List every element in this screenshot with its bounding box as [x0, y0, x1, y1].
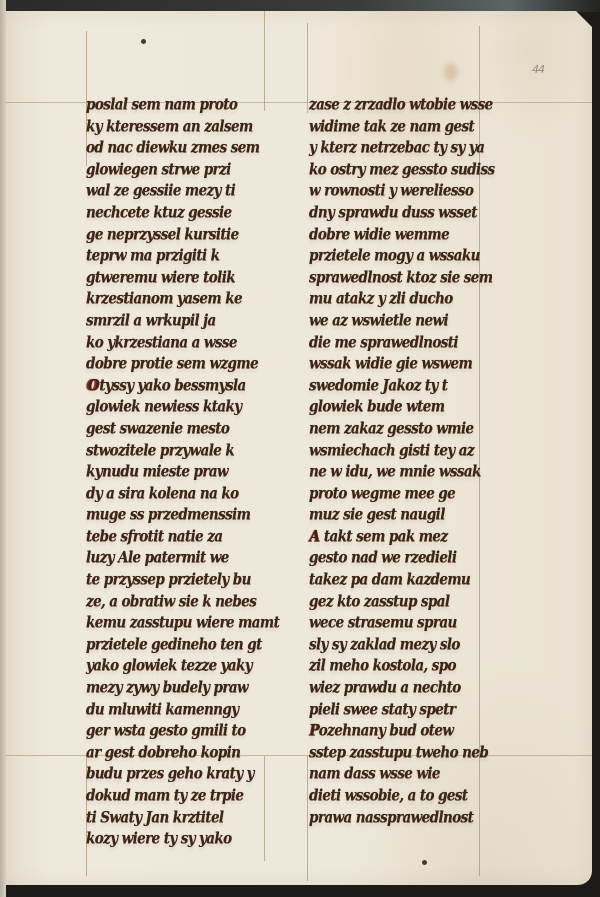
folio-number: 44	[532, 63, 544, 76]
text-line: Otyssy yako bessmysla	[88, 376, 245, 394]
ink-spot	[422, 860, 427, 865]
scan-background-top	[0, 0, 600, 12]
text-line: kozy wiere ty sy yako	[86, 828, 286, 853]
ruling-line-right-outer-lower	[307, 756, 308, 881]
text-line: prawa nassprawedlnost	[309, 806, 514, 831]
binding-edge	[0, 0, 6, 897]
stain	[444, 63, 458, 81]
text-line: Pozehnany bud otew	[310, 722, 454, 740]
ruling-line-right-outer	[307, 23, 308, 113]
manuscript-folio: 44 poslal sem nam prоto ky kteressem an …	[4, 11, 592, 885]
text-line: A takt sem pak mez	[310, 528, 448, 546]
text-column-right: zase z zrzadlo wtobie wsse widime tak ze…	[309, 95, 514, 829]
ink-spot	[141, 39, 146, 44]
text-column-left: poslal sem nam prоto ky kteressem an zal…	[86, 95, 286, 851]
